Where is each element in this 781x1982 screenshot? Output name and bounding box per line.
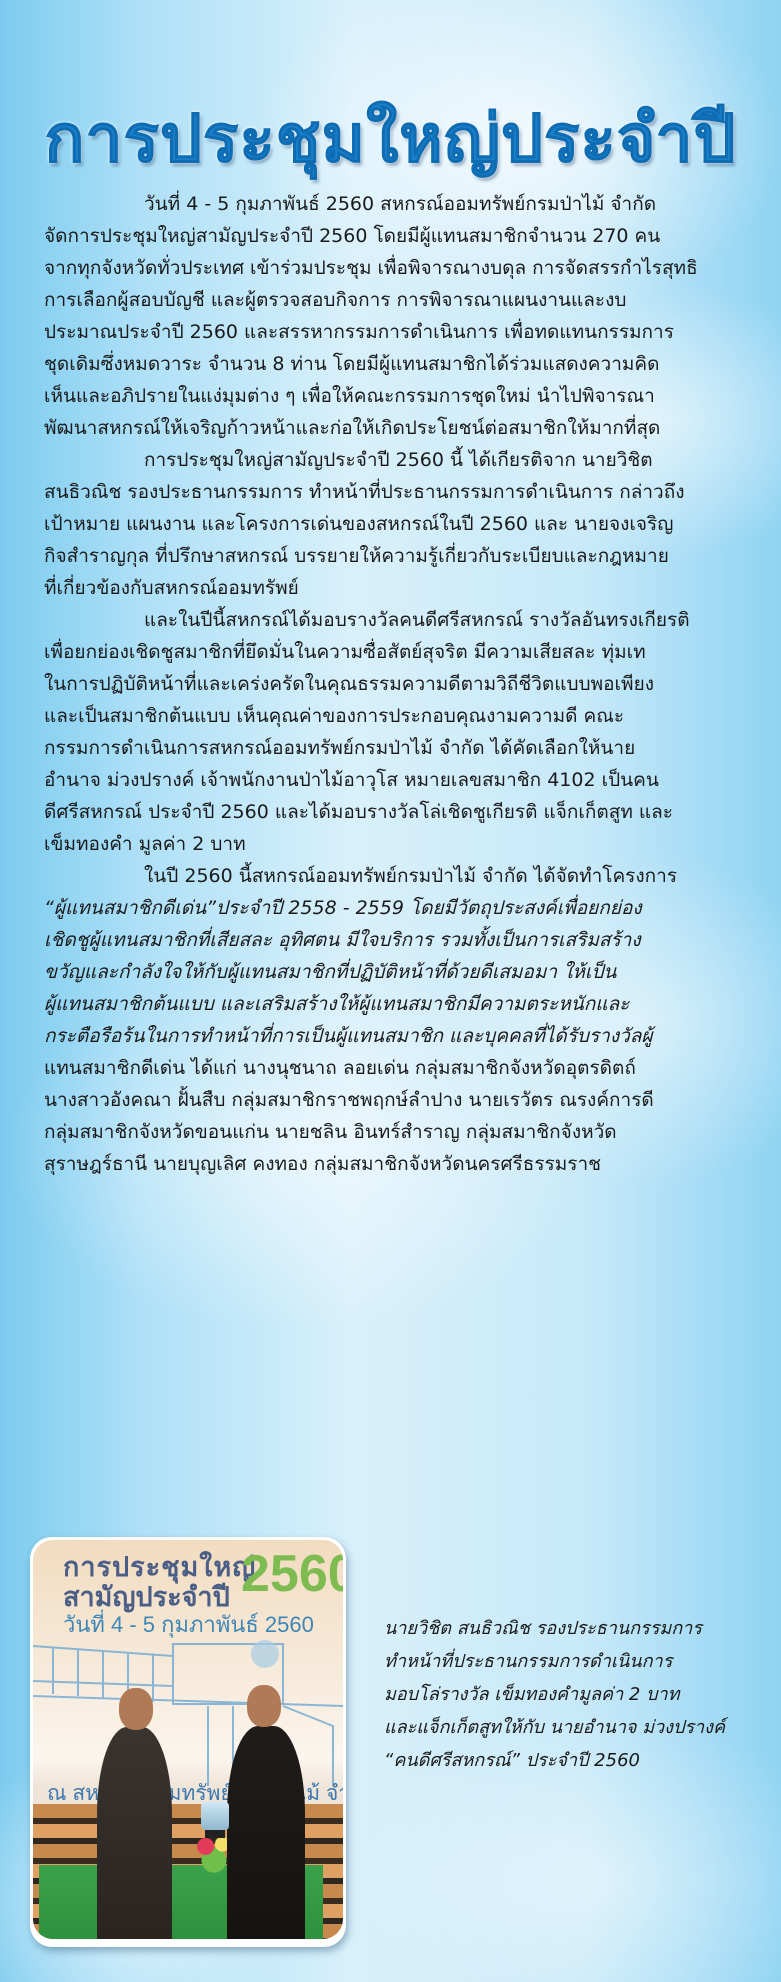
- paragraph-outstanding-representatives: ในปี 2560 นี้สหกรณ์ออมทรัพย์กรมป่าไม้ จำ…: [44, 860, 749, 1180]
- text-line: และเป็นสมาชิกต้นแบบ เห็นคุณค่าของการประก…: [44, 700, 749, 732]
- text-line: เห็นและอภิปรายในแง่มุมต่าง ๆ เพื่อให้คณะ…: [44, 380, 749, 412]
- text-line: กระตือรือร้นในการทำหน้าที่การเป็นผู้แทนส…: [44, 1020, 749, 1052]
- text-line: การเลือกผู้สอบบัญชี และผู้ตรวจสอบกิจการ …: [44, 284, 749, 316]
- text-line: กรรมการดำเนินการสหกรณ์ออมทรัพย์กรมป่าไม้…: [44, 732, 749, 764]
- text-line: “ผู้แทนสมาชิกดีเด่น”ประจำปี 2558 - 2559 …: [44, 892, 749, 924]
- photo-caption: นายวิชิต สนธิวณิช รองประธานกรรมการ ทำหน้…: [384, 1612, 725, 1777]
- text-line: วันที่ 4 - 5 กุมภาพันธ์ 2560 สหกรณ์ออมทร…: [44, 188, 749, 220]
- award-ceremony-photo: การประชุมใหญ่ สามัญประจำปี 2560 วันที่ 4…: [33, 1540, 343, 1939]
- text-line: ที่เกี่ยวข้องกับสหกรณ์ออมทรัพย์: [44, 572, 749, 604]
- trophy-icon: [201, 1802, 229, 1830]
- text-line: จากทุกจังหวัดทั่วประเทศ เข้าร่วมประชุม เ…: [44, 252, 749, 284]
- text-line: อำนาจ ม่วงปรางค์ เจ้าพนักงานป่าไม้อาวุโส…: [44, 764, 749, 796]
- caption-line: “คนดีศรีสหกรณ์” ประจำปี 2560: [384, 1744, 725, 1777]
- text-line: เข็มทองคำ มูลค่า 2 บาท: [44, 828, 749, 860]
- paragraph-meeting-overview: วันที่ 4 - 5 กุมภาพันธ์ 2560 สหกรณ์ออมทร…: [44, 188, 749, 444]
- caption-line: นายวิชิต สนธิวณิช รองประธานกรรมการ: [384, 1612, 725, 1645]
- awardee-figure: [227, 1726, 305, 1939]
- presenter-figure: [97, 1727, 172, 1939]
- article-body: วันที่ 4 - 5 กุมภาพันธ์ 2560 สหกรณ์ออมทร…: [44, 188, 749, 1180]
- text-line: ดีศรีสหกรณ์ ประจำปี 2560 และได้มอบรางวัล…: [44, 796, 749, 828]
- text-line: กิจสำราญกุล ที่ปรึกษาสหกรณ์ บรรยายให้ควา…: [44, 540, 749, 572]
- presenter-head: [119, 1688, 153, 1730]
- caption-line: มอบโล่รางวัล เข็มทองคำมูลค่า 2 บาท: [384, 1678, 725, 1711]
- text-line: กลุ่มสมาชิกจังหวัดขอนแก่น นายชลิน อินทร์…: [44, 1116, 749, 1148]
- text-line: นางสาวอังคณา ฝั้นสืบ กลุ่มสมาชิกราชพฤกษ์…: [44, 1084, 749, 1116]
- text-line: เป้าหมาย แผนงาน และโครงการเด่นของสหกรณ์ใ…: [44, 508, 749, 540]
- text-line: ในการปฏิบัติหน้าที่และเคร่งครัดในคุณธรรม…: [44, 668, 749, 700]
- text-line: และในปีนี้สหกรณ์ได้มอบรางวัลคนดีศรีสหกรณ…: [44, 604, 749, 636]
- text-line: ผู้แทนสมาชิกต้นแบบ และเสริมสร้างให้ผู้แท…: [44, 988, 749, 1020]
- caption-line: ทำหน้าที่ประธานกรรมการดำเนินการ: [384, 1645, 725, 1678]
- text-line: จัดการประชุมใหญ่สามัญประจำปี 2560 โดยมีผ…: [44, 220, 749, 252]
- paragraph-guest-speakers: การประชุมใหญ่สามัญประจำปี 2560 นี้ ได้เก…: [44, 444, 749, 604]
- award-photo-frame: การประชุมใหญ่ สามัญประจำปี 2560 วันที่ 4…: [30, 1537, 346, 1947]
- page-title: การประชุมใหญ่ประจำปี: [0, 106, 781, 172]
- text-line: พัฒนาสหกรณ์ให้เจริญก้าวหน้าและก่อให้เกิด…: [44, 412, 749, 444]
- banner-year: 2560: [241, 1544, 343, 1604]
- awardee-head: [247, 1685, 281, 1727]
- text-line: ประมาณประจำปี 2560 และสรรหากรรมการดำเนิน…: [44, 316, 749, 348]
- text-line: แทนสมาชิกดีเด่น ได้แก่ นางนุชนาถ ลอยเด่น…: [44, 1052, 749, 1084]
- text-line: เชิดชูผู้แทนสมาชิกที่เสียสละ อุทิศตน มีใ…: [44, 924, 749, 956]
- text-line: สุราษฎร์ธานี นายบุญเลิศ คงทอง กลุ่มสมาชิ…: [44, 1148, 749, 1180]
- text-line: ชุดเดิมซึ่งหมดวาระ จำนวน 8 ท่าน โดยมีผู้…: [44, 348, 749, 380]
- text-line: ในปี 2560 นี้สหกรณ์ออมทรัพย์กรมป่าไม้ จำ…: [44, 860, 749, 892]
- banner-date: วันที่ 4 - 5 กุมภาพันธ์ 2560: [63, 1607, 314, 1642]
- text-line: การประชุมใหญ่สามัญประจำปี 2560 นี้ ได้เก…: [44, 444, 749, 476]
- text-line: เพื่อยกย่องเชิดชูสมาชิกที่ยึดมั่นในความซ…: [44, 636, 749, 668]
- text-line: สนธิวณิช รองประธานกรรมการ ทำหน้าที่ประธา…: [44, 476, 749, 508]
- paragraph-good-member-award: และในปีนี้สหกรณ์ได้มอบรางวัลคนดีศรีสหกรณ…: [44, 604, 749, 860]
- caption-line: และแจ็กเก็ตสูทให้กับ นายอำนาจ ม่วงปรางค์: [384, 1711, 725, 1744]
- text-line: ขวัญและกำลังใจให้กับผู้แทนสมาชิกที่ปฏิบั…: [44, 956, 749, 988]
